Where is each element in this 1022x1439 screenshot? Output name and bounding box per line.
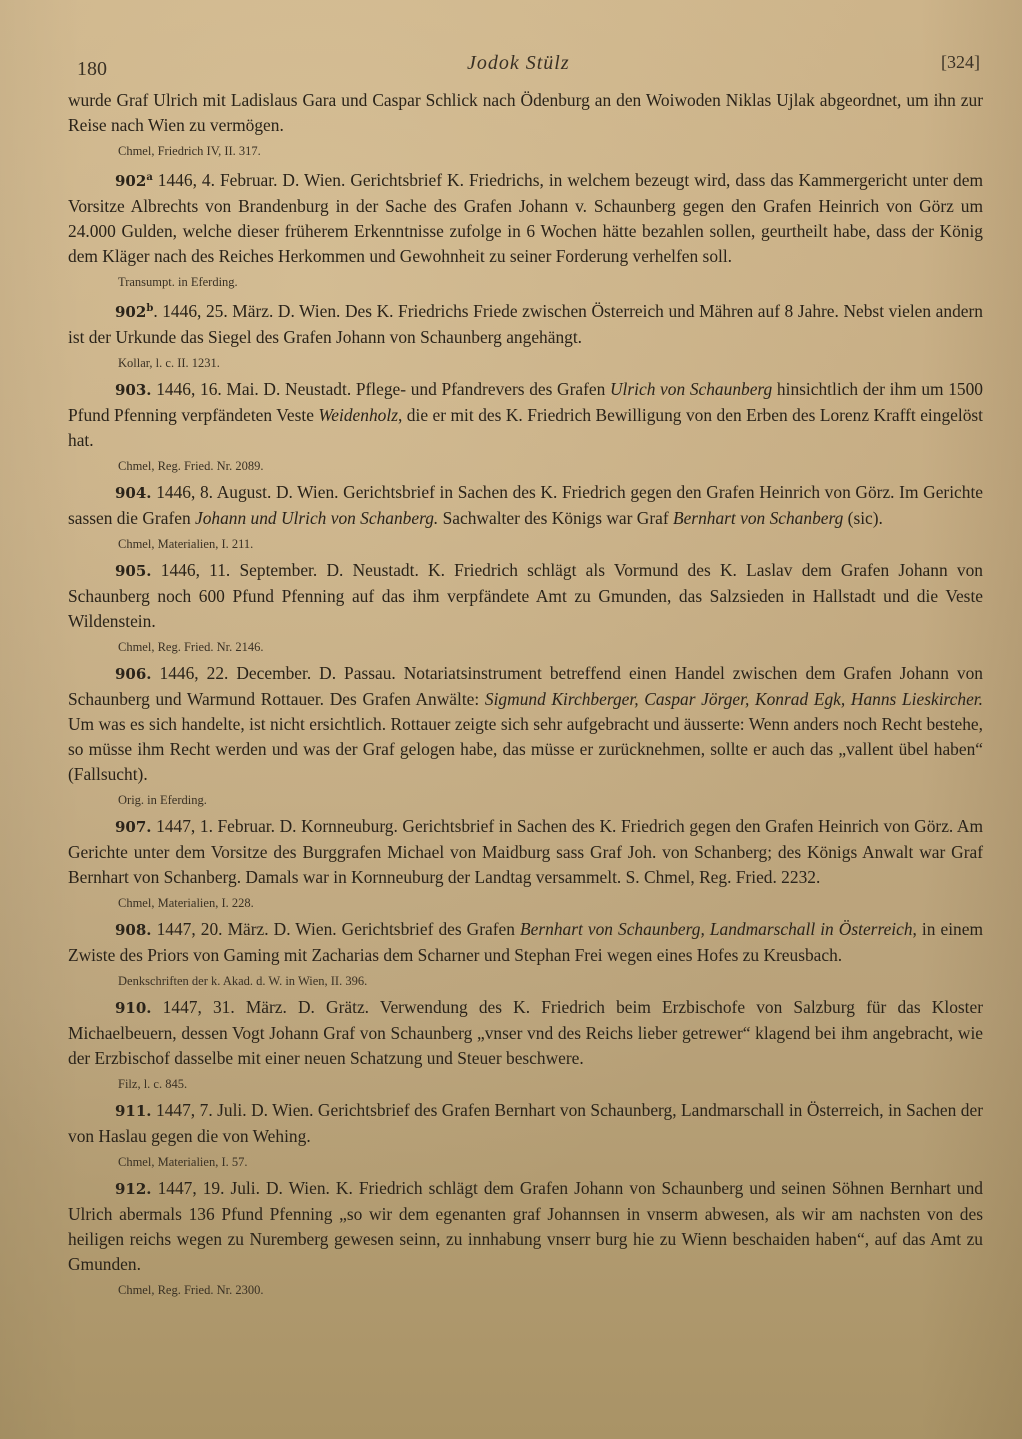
italic-name: Bernhart von Schaunberg, Landmarschall i… [520, 919, 913, 939]
source-citation: Chmel, Friedrich IV, II. 317. [118, 141, 983, 161]
entry-text: 1447, 19. Juli. D. Wien. K. Friedrich sc… [68, 1178, 983, 1274]
regest-entry: 902b. 1446, 25. März. D. Wien. Des K. Fr… [68, 296, 983, 350]
entry-text: 1447, 7. Juli. D. Wien. Gerichtsbrief de… [68, 1100, 983, 1146]
italic-name: Weidenholz [318, 405, 398, 425]
page-reference: [324] [941, 52, 980, 73]
entry-number: 910. [115, 999, 152, 1017]
entry-text: 1447, 31. März. D. Grätz. Verwendung des… [68, 997, 983, 1068]
entry-number: 902b [115, 303, 153, 321]
source-citation: Chmel, Reg. Fried. Nr. 2146. [118, 637, 983, 657]
entry-text: 1446, 11. September. D. Neustadt. K. Fri… [68, 560, 983, 631]
entry-number: 912. [115, 1180, 152, 1198]
entry-number: 902a [115, 172, 153, 190]
italic-name: Sigmund Kirchberger, Caspar Jörger, Konr… [485, 689, 983, 709]
regest-entry: 906. 1446, 22. December. D. Passau. Nota… [68, 661, 983, 787]
page-header: 180 Jodok Stülz [324] [77, 52, 980, 82]
entry-number: 903. [115, 381, 152, 399]
entry-text: 1447, 1. Februar. D. Kornneuburg. Gerich… [68, 816, 983, 887]
regest-entry: 912. 1447, 19. Juli. D. Wien. K. Friedri… [68, 1176, 983, 1277]
entry-text: . 1446, 25. März. D. Wien. Des K. Friedr… [68, 301, 983, 347]
regest-entry: 911. 1447, 7. Juli. D. Wien. Gerichtsbri… [68, 1098, 983, 1149]
entry-number: 908. [115, 921, 152, 939]
source-citation: Kollar, l. c. II. 1231. [118, 353, 983, 373]
entry-number: 906. [115, 665, 152, 683]
regest-entry: 910. 1447, 31. März. D. Grätz. Verwendun… [68, 995, 983, 1071]
page-number: 180 [77, 58, 107, 81]
source-citation: Transumpt. in Eferding. [118, 272, 983, 292]
regest-entries: 902a 1446, 4. Februar. D. Wien. Gerichts… [68, 165, 983, 1300]
entry-text: Um was es sich handelte, ist nicht ersic… [68, 714, 983, 784]
body-text: wurde Graf Ulrich mit Ladislaus Gara und… [68, 88, 983, 1304]
entry-number: 907. [115, 818, 152, 836]
italic-name: Ulrich von Schaunberg [610, 379, 772, 399]
entry-text: 1446, 4. Februar. D. Wien. Gerichtsbrief… [68, 170, 983, 266]
source-citation: Chmel, Materialien, I. 57. [118, 1152, 983, 1172]
regest-entry: 905. 1446, 11. September. D. Neustadt. K… [68, 558, 983, 634]
source-citation: Chmel, Reg. Fried. Nr. 2089. [118, 456, 983, 476]
entry-number: 911. [115, 1102, 152, 1120]
entry-text: (sic). [843, 508, 883, 528]
entry-text: 1447, 20. März. D. Wien. Gerichtsbrief d… [152, 919, 520, 939]
source-citation: Denkschriften der k. Akad. d. W. in Wien… [118, 971, 983, 991]
regest-entry: 904. 1446, 8. August. D. Wien. Gerichtsb… [68, 480, 983, 531]
source-citation: Chmel, Materialien, I. 211. [118, 534, 983, 554]
entry-text: Sachwalter des Königs war Graf [438, 508, 673, 528]
entry-number: 905. [115, 562, 152, 580]
entry-number: 904. [115, 484, 152, 502]
regest-entry: 908. 1447, 20. März. D. Wien. Gerichtsbr… [68, 917, 983, 968]
regest-entry: 907. 1447, 1. Februar. D. Kornneuburg. G… [68, 814, 983, 890]
regest-entry: 903. 1446, 16. Mai. D. Neustadt. Pflege-… [68, 377, 983, 453]
italic-name: Bernhart von Schanberg [673, 508, 843, 528]
scanned-book-page: 180 Jodok Stülz [324] wurde Graf Ulrich … [0, 0, 1022, 1439]
regest-entry: 902a 1446, 4. Februar. D. Wien. Gerichts… [68, 165, 983, 269]
source-citation: Filz, l. c. 845. [118, 1074, 983, 1094]
source-citation: Chmel, Reg. Fried. Nr. 2300. [118, 1280, 983, 1300]
running-title: Jodok Stülz [467, 52, 570, 75]
entry-text: 1446, 16. Mai. D. Neustadt. Pflege- und … [152, 379, 610, 399]
continuation-paragraph: wurde Graf Ulrich mit Ladislaus Gara und… [68, 88, 983, 138]
source-citation: Orig. in Eferding. [118, 790, 983, 810]
source-citation: Chmel, Materialien, I. 228. [118, 893, 983, 913]
italic-name: Johann und Ulrich von Schanberg. [195, 508, 438, 528]
